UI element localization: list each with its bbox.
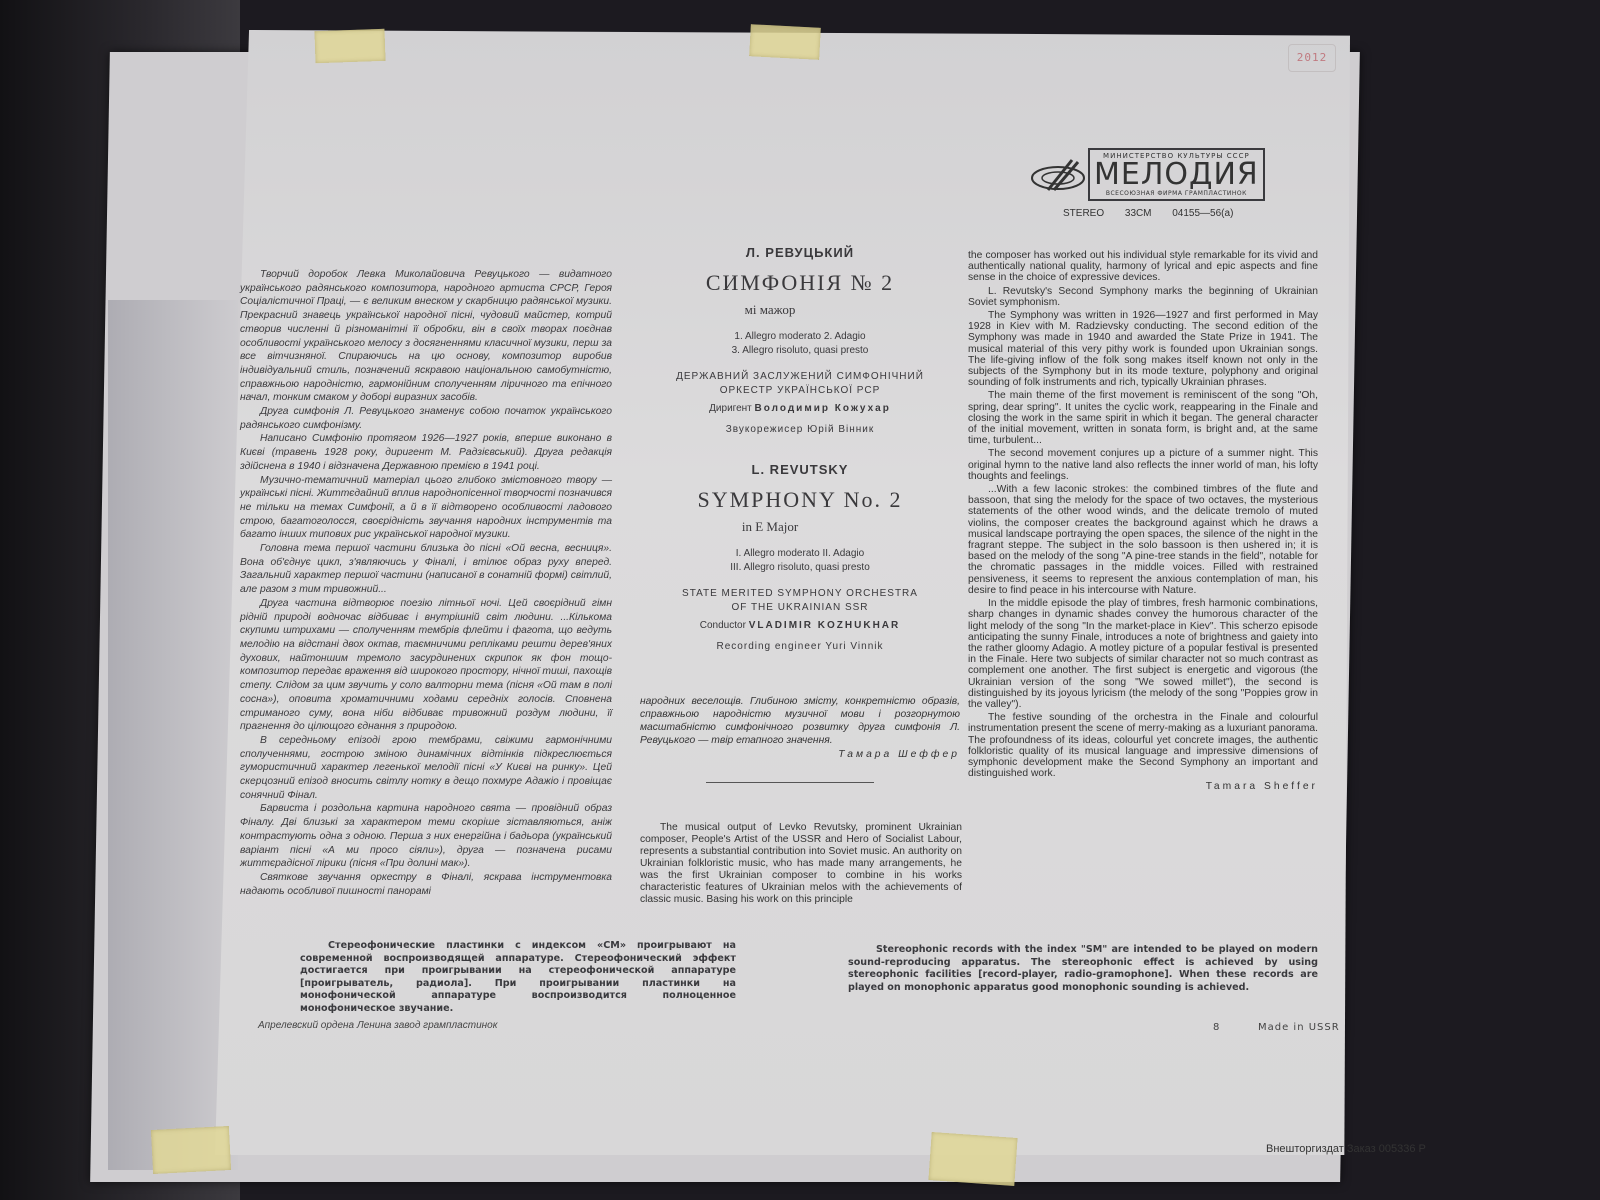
engineer-name: Юрій Вінник bbox=[807, 424, 874, 435]
orchestra-line: ОРКЕСТР УКРАЇНСЬКОЇ РСР bbox=[640, 384, 960, 398]
conductor-en: Conductor VLADIMIR KOZHUKHAR bbox=[640, 620, 960, 631]
conductor-label: Диригент bbox=[709, 403, 752, 414]
engineer-en: Recording engineer Yuri Vinnik bbox=[640, 641, 960, 652]
melodiya-logo: МИНИСТЕРСТВО КУЛЬТУРЫ СССР МЕЛОДИЯ ВСЕСО… bbox=[1028, 148, 1265, 201]
orchestra-ua: ДЕРЖАВНИЙ ЗАСЛУЖЕНИЙ СИМФОНІЧНИЙ ОРКЕСТР… bbox=[640, 370, 960, 398]
print-order-number: Внешторгиздат Заказ 005336 Р bbox=[1266, 1143, 1426, 1155]
en-paragraph: The Symphony was written in 1926—1927 an… bbox=[968, 310, 1318, 388]
en-paragraph: The second movement conjures up a pictur… bbox=[968, 448, 1318, 482]
movements-line: I. Allegro moderato II. Adagio bbox=[640, 547, 960, 561]
orchestra-line: ДЕРЖАВНИЙ ЗАСЛУЖЕНИЙ СИМФОНІЧНИЙ bbox=[640, 370, 960, 384]
catalog-number: 33СМ 04155—56(а) bbox=[1125, 208, 1234, 219]
conductor-ua: Диригент Володимир Кожухар bbox=[640, 403, 960, 414]
stereo-notice-english: Stereophonic records with the index "SM"… bbox=[848, 944, 1318, 994]
ukrainian-title-block: Л. РЕВУЦЬКИЙ СИМФОНІЯ № 2 мі мажор 1. Al… bbox=[640, 245, 960, 435]
ukrainian-notes: Творчий доробок Левка Миколайовича Ревуц… bbox=[240, 268, 612, 898]
movements-line: 1. Allegro moderato 2. Adagio bbox=[640, 330, 960, 344]
ua-continuation: народних веселощів. Глибиною змісту, кон… bbox=[640, 695, 960, 747]
movements-en: I. Allegro moderato II. Adagio III. Alle… bbox=[640, 547, 960, 575]
ua-paragraph: Барвиста і роздольна картина народного с… bbox=[240, 802, 612, 871]
engineer-ua: Звукорежисер Юрій Вінник bbox=[640, 424, 960, 435]
ua-paragraph: Творчий доробок Левка Миколайовича Ревуц… bbox=[240, 268, 612, 405]
conductor-label: Conductor bbox=[700, 620, 746, 631]
logo-company: ВСЕСОЮЗНАЯ ФИРМА ГРАМПЛАСТИНОК bbox=[1094, 190, 1259, 197]
catalog-line: STEREO 33СМ 04155—56(а) bbox=[1063, 208, 1233, 219]
english-notes: the composer has worked out his individu… bbox=[968, 250, 1318, 793]
tape-piece bbox=[749, 24, 821, 60]
ua-paragraph: Святкове звучання оркестру в Фіналі, яск… bbox=[240, 871, 612, 898]
engineer-name: Yuri Vinnik bbox=[825, 641, 883, 652]
work-title-ua: СИМФОНІЯ № 2 bbox=[640, 270, 960, 296]
orchestra-line: STATE MERITED SYMPHONY ORCHESTRA bbox=[640, 587, 960, 601]
english-notes-intro: The musical output of Levko Revutsky, pr… bbox=[640, 822, 962, 906]
logo-text-box: МИНИСТЕРСТВО КУЛЬТУРЫ СССР МЕЛОДИЯ ВСЕСО… bbox=[1088, 148, 1265, 201]
tape-piece bbox=[314, 29, 385, 63]
en-paragraph: In the middle episode the play of timbre… bbox=[968, 598, 1318, 710]
orchestra-en: STATE MERITED SYMPHONY ORCHESTRA OF THE … bbox=[640, 587, 960, 615]
en-paragraph: L. Revutsky's Second Symphony marks the … bbox=[968, 286, 1318, 308]
en-author-signature: Tamara Sheffer bbox=[968, 781, 1318, 792]
tape-piece bbox=[151, 1126, 231, 1174]
conductor-name: VLADIMIR KOZHUKHAR bbox=[749, 620, 901, 631]
composer-name-en: L. REVUTSKY bbox=[640, 462, 960, 477]
ukrainian-notes-continued: народних веселощів. Глибиною змісту, кон… bbox=[640, 695, 960, 761]
stereo-notice-text: Стереофонические пластинки с индексом «С… bbox=[300, 940, 736, 1016]
page-number: 8 bbox=[1213, 1022, 1219, 1033]
price-stamp: 2012 bbox=[1288, 44, 1336, 72]
en-intro: The musical output of Levko Revutsky, pr… bbox=[640, 822, 962, 906]
movements-line: 3. Allegro risoluto, quasi presto bbox=[640, 344, 960, 358]
engineer-label: Звукорежисер bbox=[726, 424, 804, 435]
key-en: in E Major bbox=[580, 519, 960, 535]
tape-piece bbox=[928, 1132, 1017, 1186]
composer-name-ua: Л. РЕВУЦЬКИЙ bbox=[640, 245, 960, 260]
ua-paragraph: Написано Симфонію протягом 1926—1927 рок… bbox=[240, 432, 612, 473]
ua-paragraph: Головна тема першої частини близька до п… bbox=[240, 542, 612, 597]
made-in-label: Made in USSR bbox=[1258, 1022, 1340, 1033]
logo-brand: МЕЛОДИЯ bbox=[1094, 160, 1259, 190]
movements-line: III. Allegro risoluto, quasi presto bbox=[640, 561, 960, 575]
english-title-block: L. REVUTSKY SYMPHONY No. 2 in E Major I.… bbox=[640, 462, 960, 652]
en-paragraph: The main theme of the first movement is … bbox=[968, 390, 1318, 446]
movements-ua: 1. Allegro moderato 2. Adagio 3. Allegro… bbox=[640, 330, 960, 358]
melodiya-emblem-icon bbox=[1028, 156, 1088, 194]
work-title-en: SYMPHONY No. 2 bbox=[640, 487, 960, 513]
stereo-notice-russian: Стереофонические пластинки с индексом «С… bbox=[300, 940, 736, 1016]
engineer-label: Recording engineer bbox=[717, 641, 822, 652]
en-paragraph: the composer has worked out his individu… bbox=[968, 250, 1318, 284]
stereo-label: STEREO bbox=[1063, 208, 1104, 219]
orchestra-line: OF THE UKRAINIAN SSR bbox=[640, 601, 960, 615]
ua-paragraph: В середньому епізоді грою тембрами, свіж… bbox=[240, 734, 612, 803]
ua-paragraph: Друга симфонія Л. Ревуцького знаменує со… bbox=[240, 405, 612, 432]
en-paragraph: ...With a few laconic strokes: the combi… bbox=[968, 484, 1318, 596]
conductor-name: Володимир Кожухар bbox=[755, 403, 891, 414]
factory-credit: Апрелевский ордена Ленина завод грамплас… bbox=[258, 1020, 497, 1031]
ua-author-signature: Тамара Шеффер bbox=[640, 748, 960, 761]
section-divider bbox=[706, 782, 874, 783]
ua-paragraph: Друга частина відтворює поезію літньої н… bbox=[240, 597, 612, 734]
stereo-notice-text: Stereophonic records with the index "SM"… bbox=[848, 944, 1318, 994]
ua-paragraph: Музично-тематичний матеріал цього глибок… bbox=[240, 474, 612, 543]
key-ua: мі мажор bbox=[580, 302, 960, 318]
en-paragraph: The festive sounding of the orchestra in… bbox=[968, 712, 1318, 779]
